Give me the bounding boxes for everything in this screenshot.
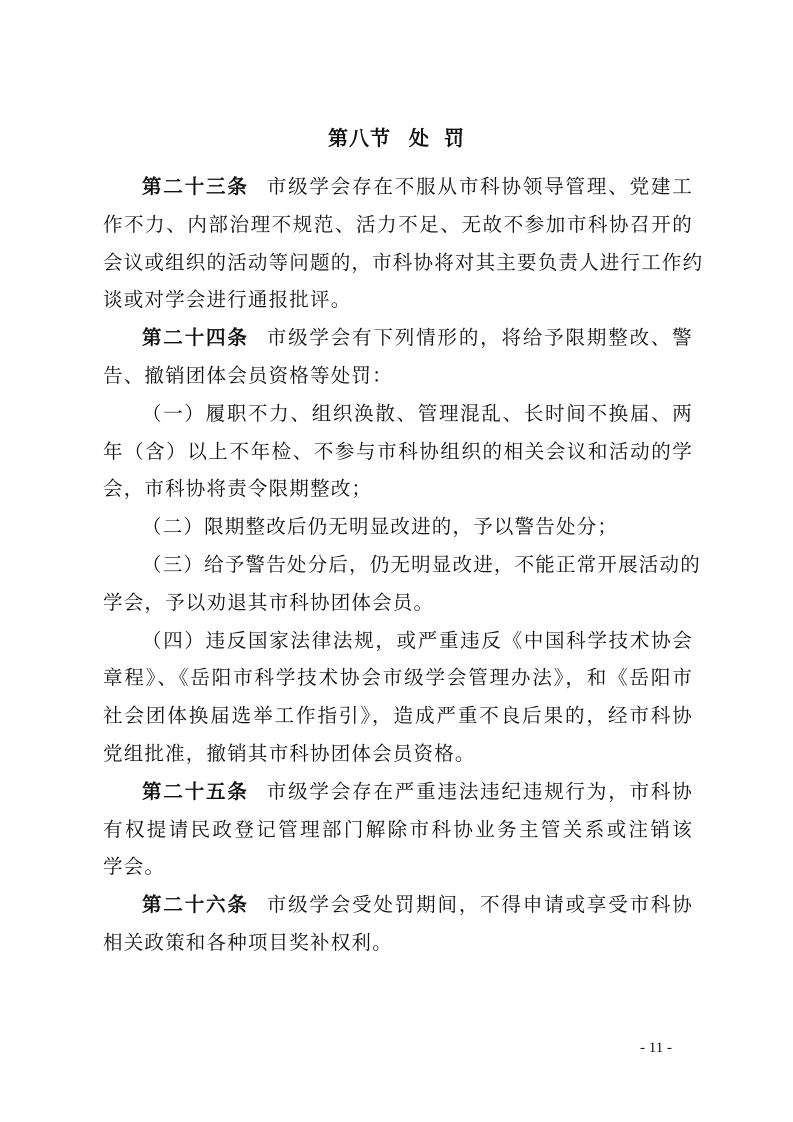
document-page: 第八节处罚 第二十三条市级学会存在不服从市科协领导管理、党建工 作不力、内部治理… [0, 0, 793, 1122]
article-24: 第二十四条市级学会有下列情形的，将给予限期整改、警 告、撤销团体会员资格等处罚：… [103, 319, 693, 773]
article-25: 第二十五条市级学会存在严重违法违纪违规行为，市科协 有权提请民政登记管理部门解除… [103, 773, 693, 886]
document-body: 第二十三条市级学会存在不服从市科协领导管理、党建工 作不力、内部治理不规范、活力… [103, 168, 693, 962]
text-line: 有权提请民政登记管理部门解除市科协业务主管关系或注销该 [103, 811, 693, 849]
text-line: 学会，予以劝退其市科协团体会员。 [103, 584, 693, 622]
text-line: （四）违反国家法律法规，或严重违反《中国科学技术协会 [103, 622, 693, 660]
text-line: 市级学会存在严重违法违纪违规行为，市科协 [267, 780, 693, 803]
text-line: 市级学会受处罚期间，不得申请或享受市科协 [267, 893, 693, 916]
section-title-word-2: 罚 [444, 122, 465, 151]
text-line: 市级学会存在不服从市科协领导管理、党建工 [267, 175, 693, 198]
text-line: 相关政策和各种项目奖补权利。 [103, 924, 693, 962]
text-line: 会议或组织的活动等问题的，市科协将对其主要负责人进行工作约 [103, 244, 693, 282]
text-line: 会，市科协将责令限期整改； [103, 470, 693, 508]
article-23: 第二十三条市级学会存在不服从市科协领导管理、党建工 作不力、内部治理不规范、活力… [103, 168, 693, 319]
section-title-word-1: 处 [409, 122, 430, 151]
list-item-4: （四）违反国家法律法规，或严重违反《中国科学技术协会 章程》、《岳阳市科学技术协… [103, 622, 693, 773]
text-line: 谈或对学会进行通报批评。 [103, 281, 693, 319]
text-line: 学会。 [103, 848, 693, 886]
text-line: 告、撤销团体会员资格等处罚： [103, 357, 693, 395]
article-label: 第二十五条 [142, 780, 249, 803]
text-line: 市级学会有下列情形的，将给予限期整改、警 [267, 326, 693, 349]
text-line: 社会团体换届选举工作指引》，造成严重不良后果的，经市科协 [103, 697, 693, 735]
text-line: 章程》、《岳阳市科学技术协会市级学会管理办法》，和《岳阳市 [103, 659, 693, 697]
article-label: 第二十三条 [142, 175, 249, 198]
page-number: - 11 - [640, 1040, 672, 1057]
section-title-number: 第八节 [328, 122, 391, 151]
text-line: （二）限期整改后仍无明显改进的，予以警告处分； [103, 508, 693, 546]
text-line: 作不力、内部治理不规范、活力不足、无故不参加市科协召开的 [103, 206, 693, 244]
list-item-3: （三）给予警告处分后，仍无明显改进，不能正常开展活动的 学会，予以劝退其市科协团… [103, 546, 693, 622]
article-26: 第二十六条市级学会受处罚期间，不得申请或享受市科协 相关政策和各种项目奖补权利。 [103, 886, 693, 962]
article-label: 第二十四条 [142, 326, 249, 349]
text-line: 年（含）以上不年检、不参与市科协组织的相关会议和活动的学 [103, 433, 693, 471]
list-item-2: （二）限期整改后仍无明显改进的，予以警告处分； [103, 508, 693, 546]
text-line: （三）给予警告处分后，仍无明显改进，不能正常开展活动的 [103, 546, 693, 584]
section-title: 第八节处罚 [0, 122, 793, 151]
list-item-1: （一）履职不力、组织涣散、管理混乱、长时间不换届、两 年（含）以上不年检、不参与… [103, 395, 693, 508]
article-label: 第二十六条 [142, 893, 249, 916]
text-line: 党组批准，撤销其市科协团体会员资格。 [103, 735, 693, 773]
text-line: （一）履职不力、组织涣散、管理混乱、长时间不换届、两 [103, 395, 693, 433]
